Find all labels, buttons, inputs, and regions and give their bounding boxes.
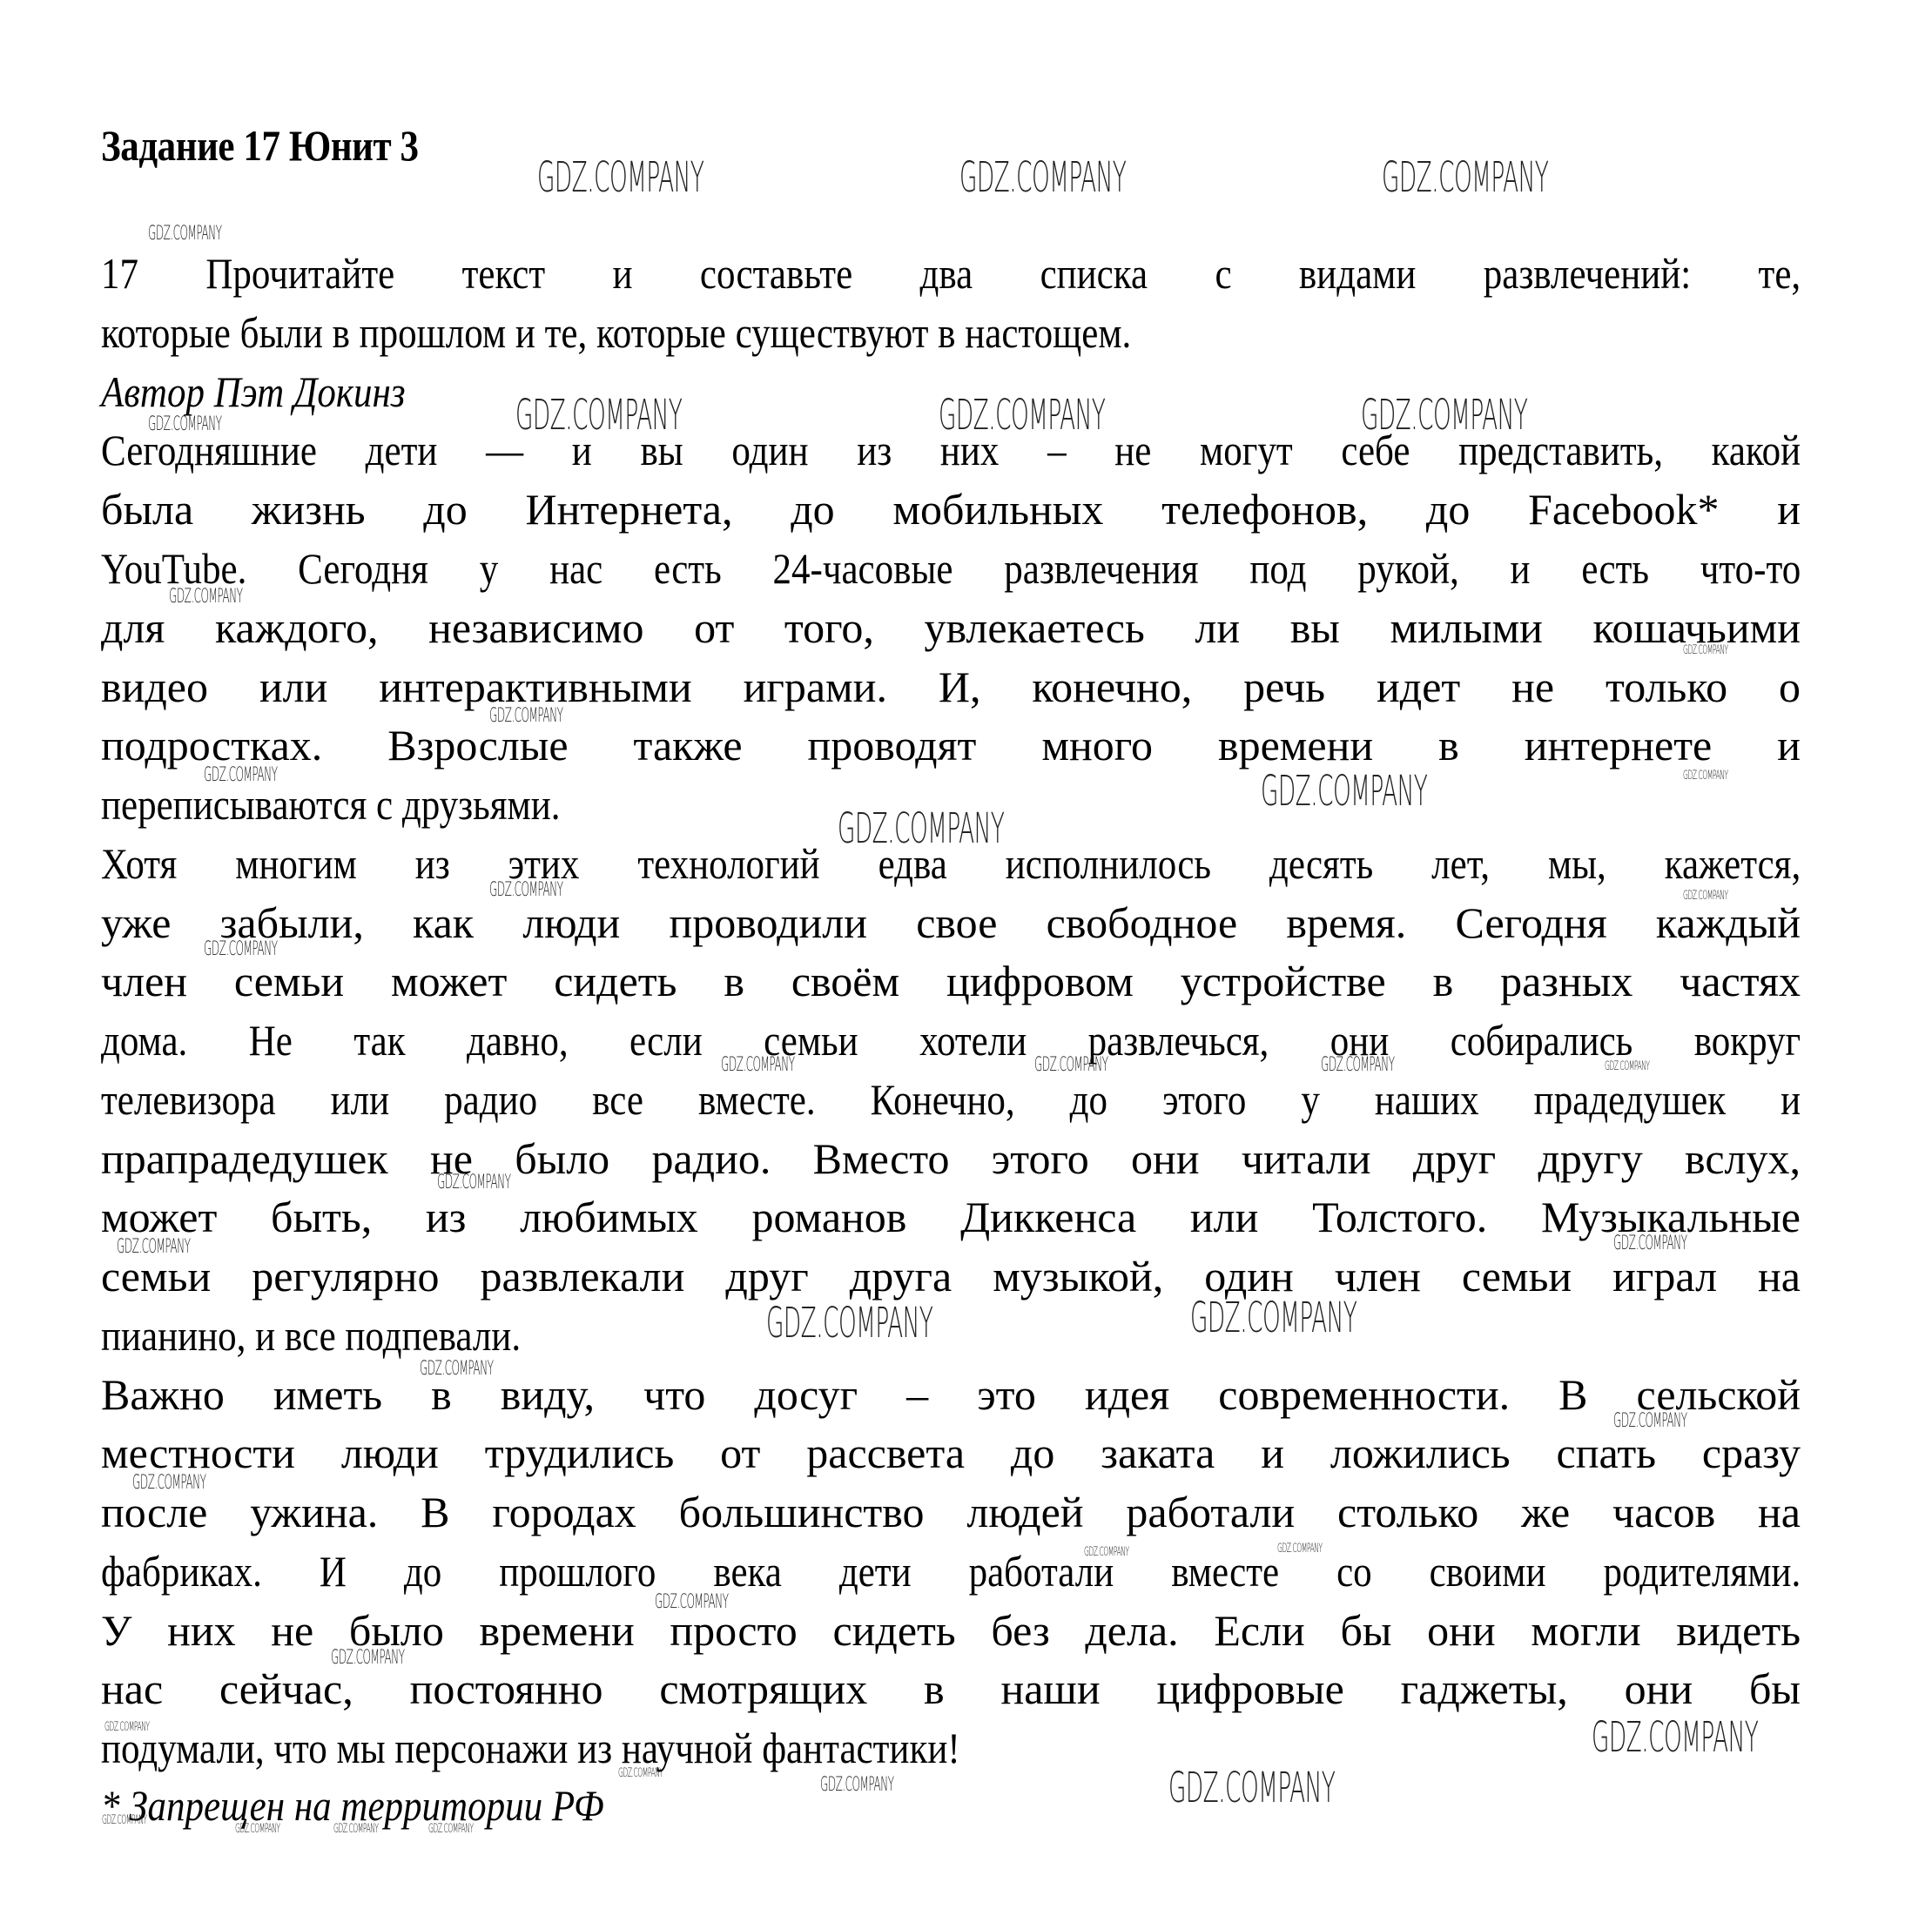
watermark: GDZ.COMPANY: [420, 1360, 493, 1379]
watermark: GDZ.COMPANY: [235, 1823, 280, 1835]
paragraph2-line: член семьи может сидеть в своём цифровом…: [101, 955, 1801, 1007]
paragraph1-line: для каждого, независимо от того, увлекае…: [101, 602, 1801, 654]
paragraph3-line: местности люди трудились от рассвета до …: [101, 1427, 1801, 1479]
watermark: GDZ.COMPANY: [437, 1173, 510, 1193]
watermark: GDZ.COMPANY: [618, 1767, 663, 1779]
paragraph2-line: прапрадедушек не было радио. Вместо этог…: [101, 1133, 1801, 1185]
paragraph1-line: YouTube. Сегодня у нас есть 24-часовые р…: [101, 542, 1801, 595]
watermark: GDZ.COMPANY: [766, 1302, 932, 1344]
paragraph1-line: была жизнь до Интернета, до мобильных те…: [101, 483, 1801, 535]
watermark: GDZ.COMPANY: [959, 157, 1126, 198]
task-line: которые были в прошлом и те, которые сущ…: [101, 306, 1801, 359]
watermark: GDZ.COMPANY: [102, 1814, 147, 1826]
watermark: GDZ.COMPANY: [489, 707, 562, 726]
watermark: GDZ.COMPANY: [1613, 1412, 1686, 1431]
watermark: GDZ.COMPANY: [1034, 1056, 1107, 1075]
watermark: GDZ.COMPANY: [1277, 1543, 1323, 1555]
watermark: GDZ.COMPANY: [132, 1474, 205, 1493]
watermark: GDZ.COMPANY: [1361, 394, 1527, 436]
document-page: Задание 17 Юнит 3 17 Прочитайте текст и …: [0, 0, 1932, 1929]
watermark: GDZ.COMPANY: [1168, 1767, 1335, 1809]
watermark: GDZ.COMPANY: [117, 1238, 190, 1257]
watermark: GDZ.COMPANY: [489, 881, 562, 900]
paragraph3-line: нас сейчас, постоянно смотрящих в наши ц…: [101, 1663, 1801, 1715]
watermark: GDZ.COMPANY: [515, 394, 682, 436]
watermark: GDZ.COMPANY: [169, 588, 242, 607]
paragraph3-line: подумали, что мы персонажи из научной фа…: [101, 1722, 1801, 1774]
watermark: GDZ.COMPANY: [1190, 1297, 1356, 1339]
paragraph3-line: фабриках. И до прошлого века дети работа…: [101, 1545, 1801, 1597]
page-title: Задание 17 Юнит 3: [101, 120, 419, 171]
watermark: GDZ.COMPANY: [204, 940, 277, 959]
watermark: GDZ.COMPANY: [331, 1649, 404, 1668]
watermark: GDZ.COMPANY: [721, 1056, 794, 1075]
watermark: GDZ.COMPANY: [655, 1593, 728, 1612]
watermark: GDZ.COMPANY: [148, 225, 221, 244]
watermark: GDZ.COMPANY: [104, 1721, 150, 1733]
paragraph1-line: подростках. Взрослые также проводят мног…: [101, 719, 1801, 771]
watermark: GDZ.COMPANY: [148, 415, 221, 434]
watermark: GDZ.COMPANY: [1382, 157, 1548, 198]
watermark: GDZ.COMPANY: [1605, 1060, 1650, 1072]
task-line: 17 Прочитайте текст и составьте два спис…: [101, 247, 1801, 299]
watermark: GDZ.COMPANY: [1613, 1234, 1686, 1254]
watermark: GDZ.COMPANY: [428, 1823, 474, 1835]
watermark: GDZ.COMPANY: [1321, 1056, 1394, 1075]
watermark: GDZ.COMPANY: [333, 1823, 379, 1835]
paragraph2-line: уже забыли, как люди проводили свое своб…: [101, 897, 1801, 949]
watermark: GDZ.COMPANY: [204, 766, 277, 785]
watermark: GDZ.COMPANY: [1683, 644, 1728, 656]
watermark: GDZ.COMPANY: [1592, 1717, 1758, 1758]
paragraph2-line: может быть, из любимых романов Диккенса …: [101, 1191, 1801, 1243]
watermark: GDZ.COMPANY: [1683, 770, 1728, 782]
paragraph1-line: видео или интерактивными играми. И, коне…: [101, 661, 1801, 713]
paragraph2-line: семьи регулярно развлекали друг друга му…: [101, 1250, 1801, 1302]
watermark: GDZ.COMPANY: [537, 157, 703, 198]
paragraph3-line: Важно иметь в виду, что досуг – это идея…: [101, 1368, 1801, 1421]
watermark: GDZ.COMPANY: [838, 808, 1004, 850]
watermark: GDZ.COMPANY: [820, 1776, 893, 1795]
watermark: GDZ.COMPANY: [1261, 770, 1427, 812]
watermark: GDZ.COMPANY: [939, 394, 1105, 436]
paragraph2-line: телевизора или радио все вместе. Конечно…: [101, 1073, 1801, 1126]
watermark: GDZ.COMPANY: [1683, 890, 1728, 902]
paragraph3-line: после ужина. В городах большинство людей…: [101, 1486, 1801, 1538]
paragraph2-line: дома. Не так давно, если семьи хотели ра…: [101, 1014, 1801, 1066]
paragraph2-line: пианино, и все подпевали.: [101, 1309, 1801, 1361]
watermark: GDZ.COMPANY: [1084, 1546, 1129, 1558]
